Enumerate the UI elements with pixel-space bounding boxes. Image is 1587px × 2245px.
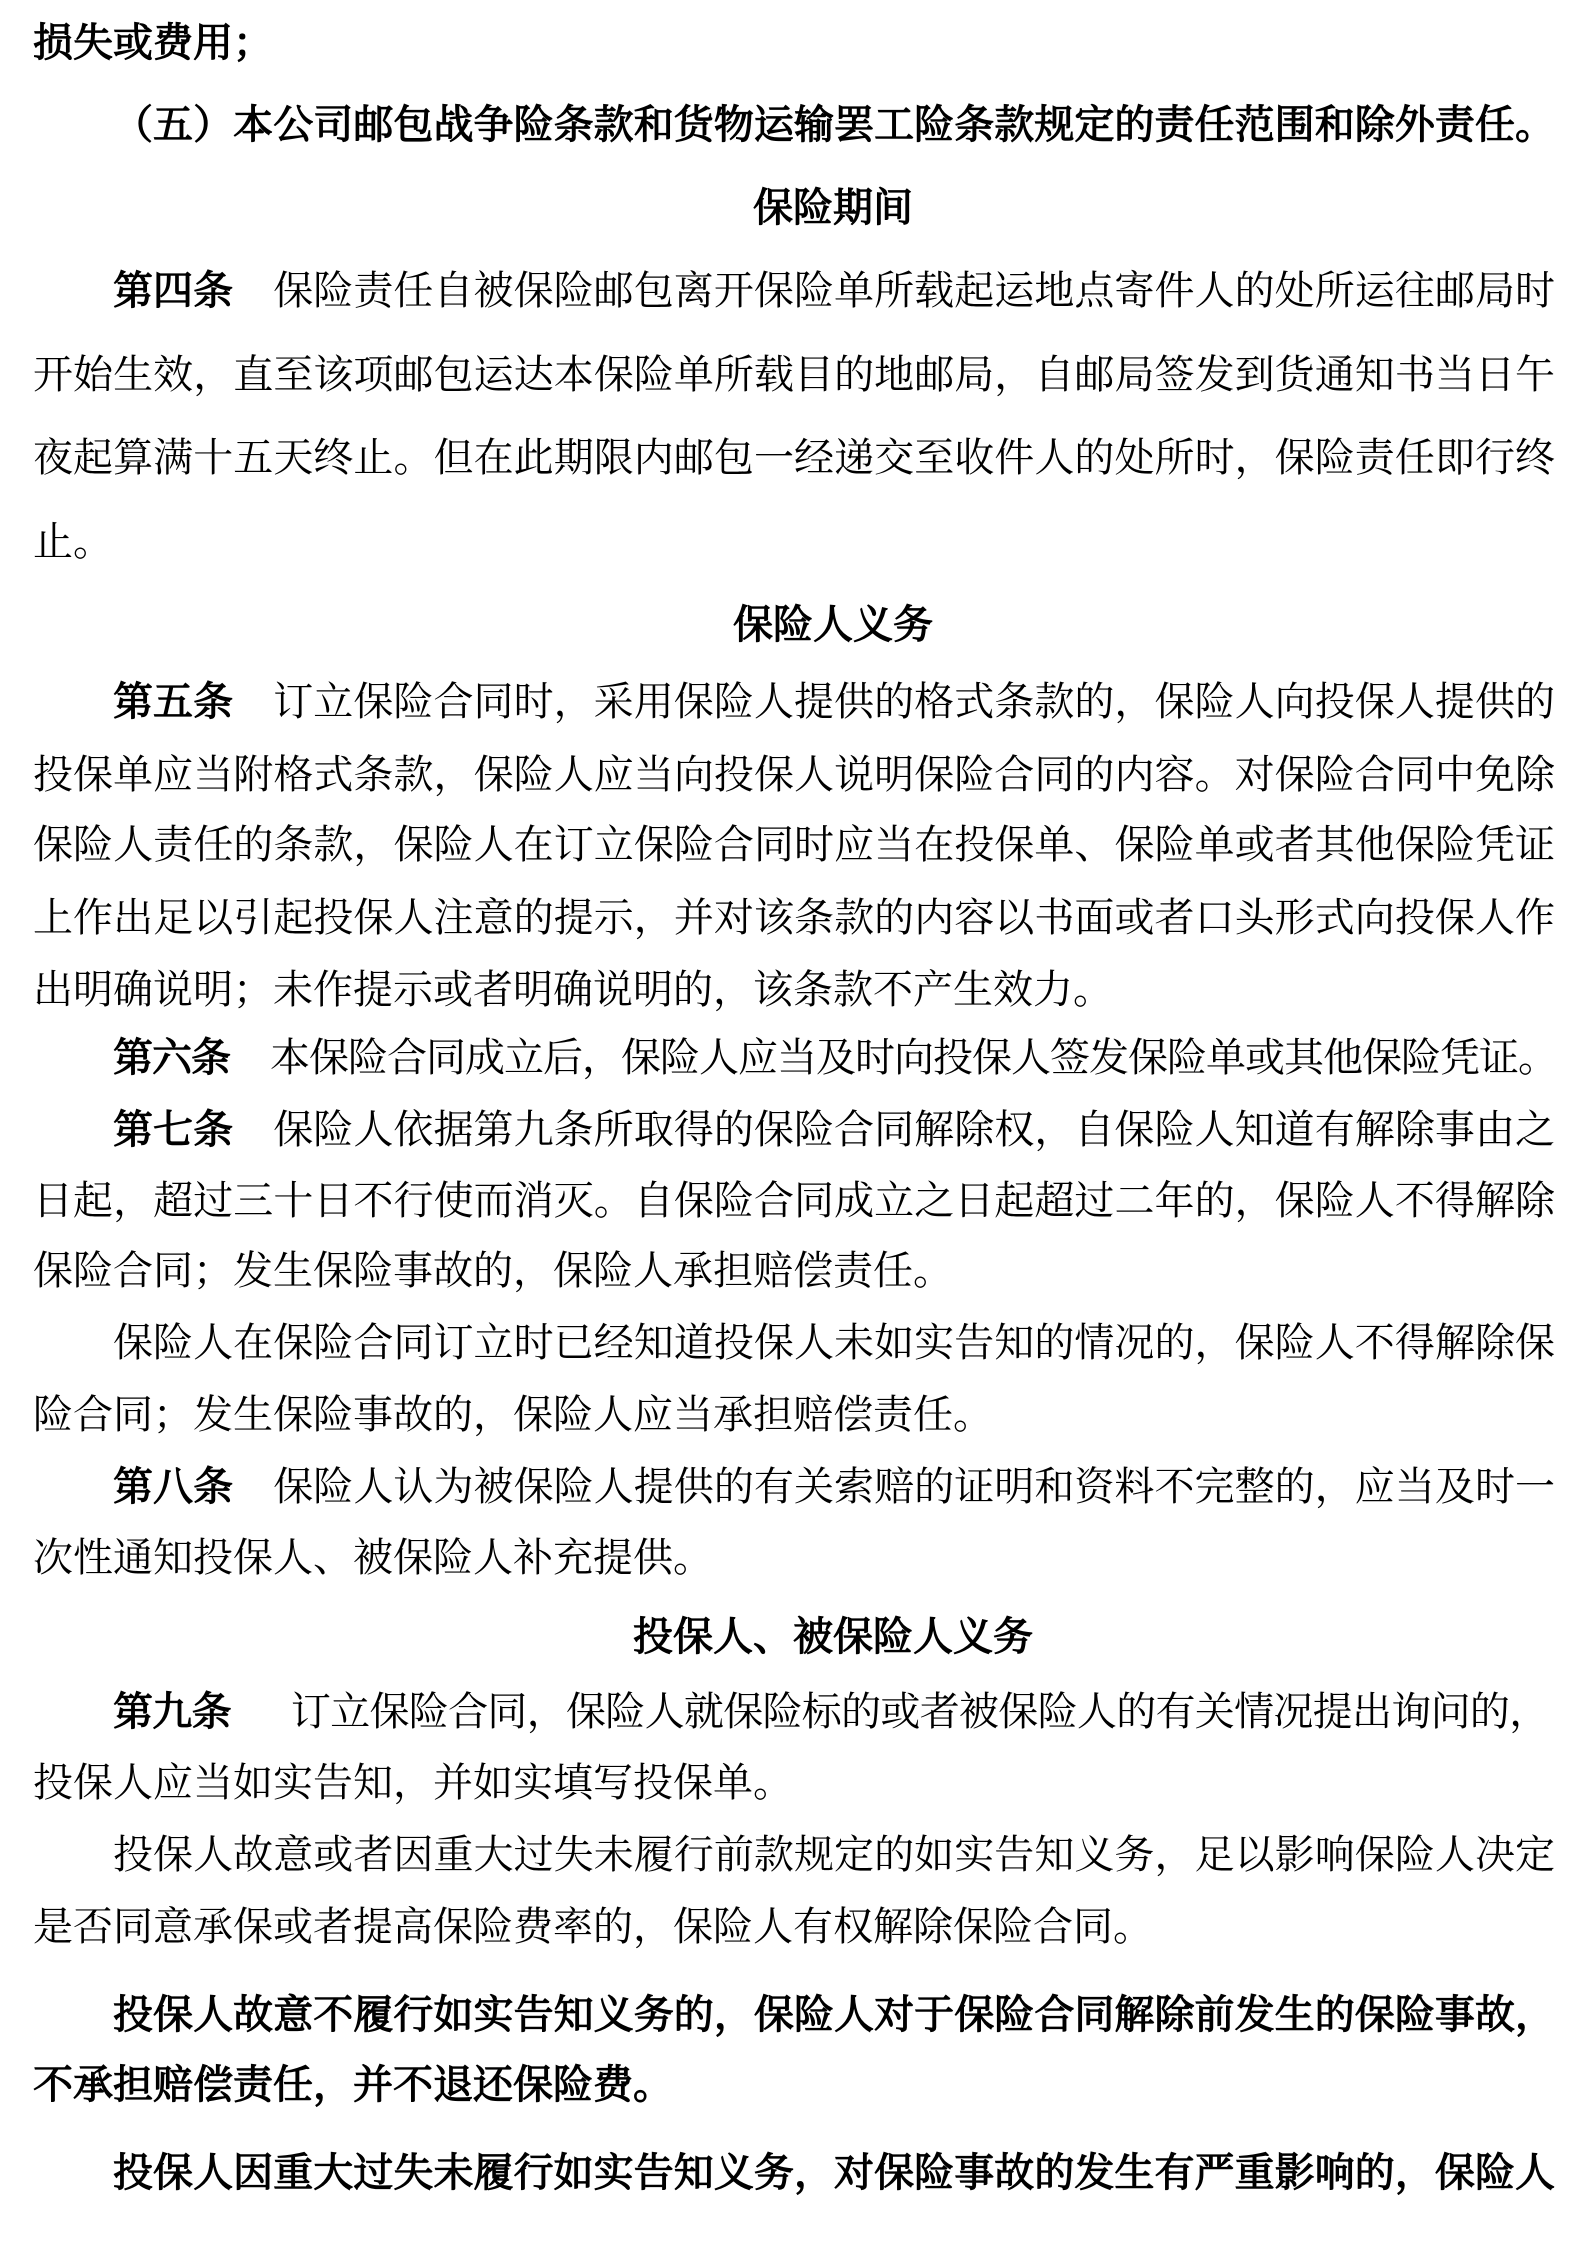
continuation-line: 损失或费用； [33, 18, 1555, 68]
article-9-paragraph-2-line: 是否同意承保或者提高保险费率的，保险人有权解除保险合同。 [33, 1902, 1555, 1952]
article-5-line: 第五条订立保险合同时，采用保险人提供的格式条款的，保险人向投保人提供的 [33, 677, 1555, 727]
article-label: 第六条 [113, 1035, 230, 1081]
article-7-line: 日起，超过三十日不行使而消灭。自保险合同成立之日起超过二年的，保险人不得解除 [33, 1176, 1555, 1226]
article-text: 保险人依据第九条所取得的保险合同解除权，自保险人知道有解除事由之 [273, 1107, 1555, 1153]
article-label: 第四条 [113, 268, 233, 314]
section-heading-policyholder-obligations: 投保人、被保险人义务 [33, 1612, 1553, 1662]
article-9-paragraph-2-line: 投保人故意或者因重大过失未履行前款规定的如实告知义务，足以影响保险人决定 [33, 1830, 1555, 1880]
exclusion-item-5: （五）本公司邮包战争险条款和货物运输罢工险条款规定的责任范围和除外责任。 [33, 100, 1555, 150]
article-label: 第五条 [113, 679, 233, 725]
article-4-line: 开始生效，直至该项邮包运达本保险单所载目的地邮局，自邮局签发到货通知书当日午 [33, 350, 1555, 400]
article-5-line: 上作出足以引起投保人注意的提示，并对该条款的内容以书面或者口头形式向投保人作 [33, 893, 1555, 943]
article-label: 第七条 [113, 1107, 233, 1153]
article-text: 订立保险合同，保险人就保险标的或者被保险人的有关情况提出询问的， [291, 1689, 1549, 1735]
section-heading-insurer-obligations: 保险人义务 [33, 600, 1553, 650]
article-text: 保险责任自被保险邮包离开保险单所载起运地点寄件人的处所运往邮局时 [273, 268, 1555, 314]
article-7-line: 保险合同；发生保险事故的，保险人承担赔偿责任。 [33, 1246, 1555, 1296]
article-text: 本保险合同成立后，保险人应当及时向投保人签发保险单或其他保险凭证。 [270, 1035, 1557, 1081]
article-label: 第八条 [113, 1464, 233, 1510]
article-9-paragraph-3-line-bold: 投保人故意不履行如实告知义务的，保险人对于保险合同解除前发生的保险事故， [33, 1990, 1555, 2040]
article-9-paragraph-4-line-bold: 投保人因重大过失未履行如实告知义务，对保险事故的发生有严重影响的，保险人 [33, 2148, 1555, 2198]
article-5-line: 出明确说明；未作提示或者明确说明的，该条款不产生效力。 [33, 965, 1555, 1015]
article-8-line: 第八条保险人认为被保险人提供的有关索赔的证明和资料不完整的，应当及时一 [33, 1462, 1555, 1512]
article-text: 订立保险合同时，采用保险人提供的格式条款的，保险人向投保人提供的 [273, 679, 1555, 725]
article-8-line: 次性通知投保人、被保险人补充提供。 [33, 1533, 1555, 1583]
article-7-paragraph-2-line: 保险人在保险合同订立时已经知道投保人未如实告知的情况的，保险人不得解除保 [33, 1318, 1555, 1368]
article-4-line: 止。 [33, 517, 1555, 567]
article-7-line: 第七条保险人依据第九条所取得的保险合同解除权，自保险人知道有解除事由之 [33, 1105, 1555, 1155]
article-5-line: 保险人责任的条款，保险人在订立保险合同时应当在投保单、保险单或者其他保险凭证 [33, 820, 1555, 870]
article-7-paragraph-2-line: 险合同；发生保险事故的，保险人应当承担赔偿责任。 [33, 1390, 1555, 1440]
article-label: 第九条 [113, 1689, 231, 1735]
section-heading-insurance-period: 保险期间 [33, 183, 1553, 233]
article-9-line: 投保人应当如实告知，并如实填写投保单。 [33, 1758, 1555, 1808]
article-6-line: 第六条本保险合同成立后，保险人应当及时向投保人签发保险单或其他保险凭证。 [33, 1033, 1555, 1083]
article-4-line: 第四条保险责任自被保险邮包离开保险单所载起运地点寄件人的处所运往邮局时 [33, 266, 1555, 316]
article-9-line: 第九条订立保险合同，保险人就保险标的或者被保险人的有关情况提出询问的， [33, 1687, 1555, 1737]
article-9-paragraph-3-line-bold: 不承担赔偿责任，并不退还保险费。 [33, 2060, 1555, 2110]
article-5-line: 投保单应当附格式条款，保险人应当向投保人说明保险合同的内容。对保险合同中免除 [33, 750, 1555, 800]
article-text: 保险人认为被保险人提供的有关索赔的证明和资料不完整的，应当及时一 [273, 1464, 1555, 1510]
document-page: 损失或费用； （五）本公司邮包战争险条款和货物运输罢工险条款规定的责任范围和除外… [0, 0, 1587, 2245]
article-4-line: 夜起算满十五天终止。但在此期限内邮包一经递交至收件人的处所时，保险责任即行终 [33, 433, 1555, 483]
